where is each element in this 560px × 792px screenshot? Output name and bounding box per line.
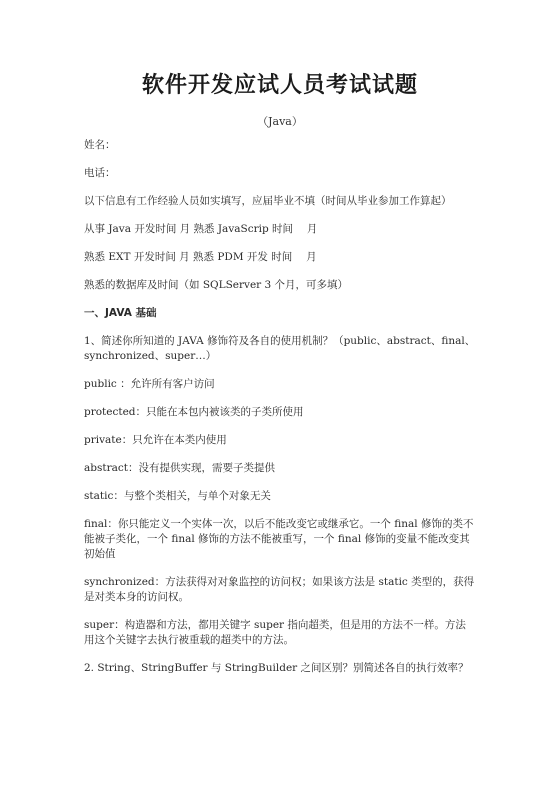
info-note: 以下信息有工作经验人员如实填写，应届毕业不填（时间从毕业参加工作算起） xyxy=(84,194,476,209)
document-body: 姓名： 电话： 以下信息有工作经验人员如实填写，应届毕业不填（时间从毕业参加工作… xyxy=(84,138,476,689)
answer-synchronized: synchronized：方法获得对对象监控的访问权；如果该方法是 static… xyxy=(84,575,476,605)
question-2: 2. String、StringBuffer 与 StringBuilder 之… xyxy=(84,661,476,676)
question-1: 1、简述你所知道的 JAVA 修饰符及各自的使用机制？（public、abstr… xyxy=(84,334,476,364)
experience-line: 熟悉的数据库及时间（如 SQLServer 3 个月，可多填） xyxy=(84,278,476,293)
answer-public: public ：允许所有客户访问 xyxy=(84,377,476,392)
document-page: 软件开发应试人员考试试题 （Java） 姓名： 电话： 以下信息有工作经验人员如… xyxy=(0,0,560,792)
experience-line: 从事 Java 开发时间 月 熟悉 JavaScrip 时间 月 xyxy=(84,222,476,237)
document-subtitle: （Java） xyxy=(0,113,560,129)
answer-super: super：构造器和方法，都用关键字 super 指向超类，但是用的方法不一样。… xyxy=(84,618,476,648)
answer-final: final：你只能定义一个实体一次，以后不能改变它或继承它。一个 final 修… xyxy=(84,517,476,562)
section-heading: 一、JAVA 基础 xyxy=(84,306,476,321)
answer-protected: protected：只能在本包内被该类的子类所使用 xyxy=(84,405,476,420)
answer-abstract: abstract：没有提供实现，需要子类提供 xyxy=(84,461,476,476)
answer-static: static：与整个类相关，与单个对象无关 xyxy=(84,489,476,504)
answer-private: private：只允许在本类内使用 xyxy=(84,433,476,448)
experience-line: 熟悉 EXT 开发时间 月 熟悉 PDM 开发 时间 月 xyxy=(84,250,476,265)
name-field-label: 姓名： xyxy=(84,138,476,153)
document-title: 软件开发应试人员考试试题 xyxy=(0,68,560,99)
phone-field-label: 电话： xyxy=(84,166,476,181)
